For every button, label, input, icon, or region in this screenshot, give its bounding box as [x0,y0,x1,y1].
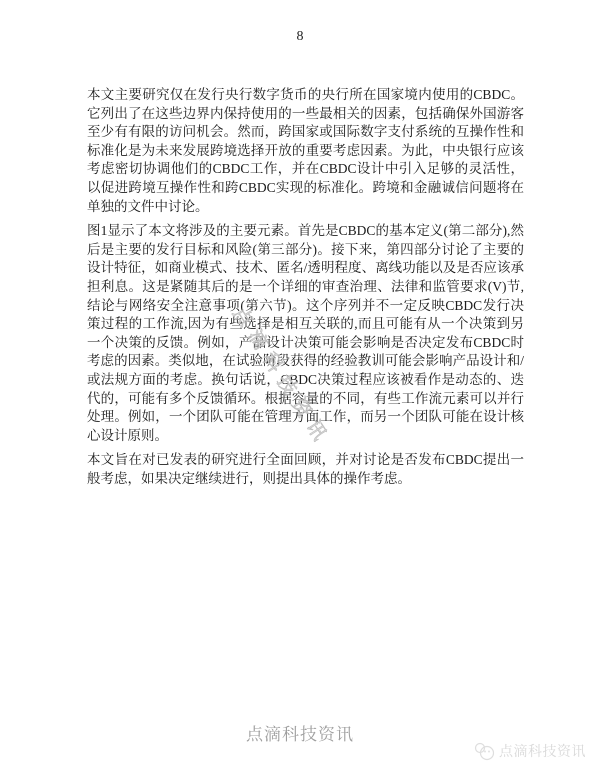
footer-logo-row: 点滴科技资讯 [472,741,586,761]
paragraph-scope: 本文主要研究仅在发行央行数字货币的央行所在国家境内使用的CBDC。它列出了在这些… [87,86,524,216]
paragraph-purpose: 本文旨在对已发表的研究进行全面回顾，并对讨论是否发布CBDC提出一般考虑，如果决… [87,451,524,488]
paragraph-structure-overview: 图1显示了本文将涉及的主要元素。首先是CBDC的基本定义(第二部分),然后是主要… [87,222,524,445]
page-number: 8 [0,29,600,45]
body-text: 本文主要研究仅在发行央行数字货币的央行所在国家境内使用的CBDC。它列出了在这些… [87,86,524,494]
droplet-bubbles-logo-icon [472,741,496,761]
footer-logo-text: 点滴科技资讯 [499,741,586,761]
